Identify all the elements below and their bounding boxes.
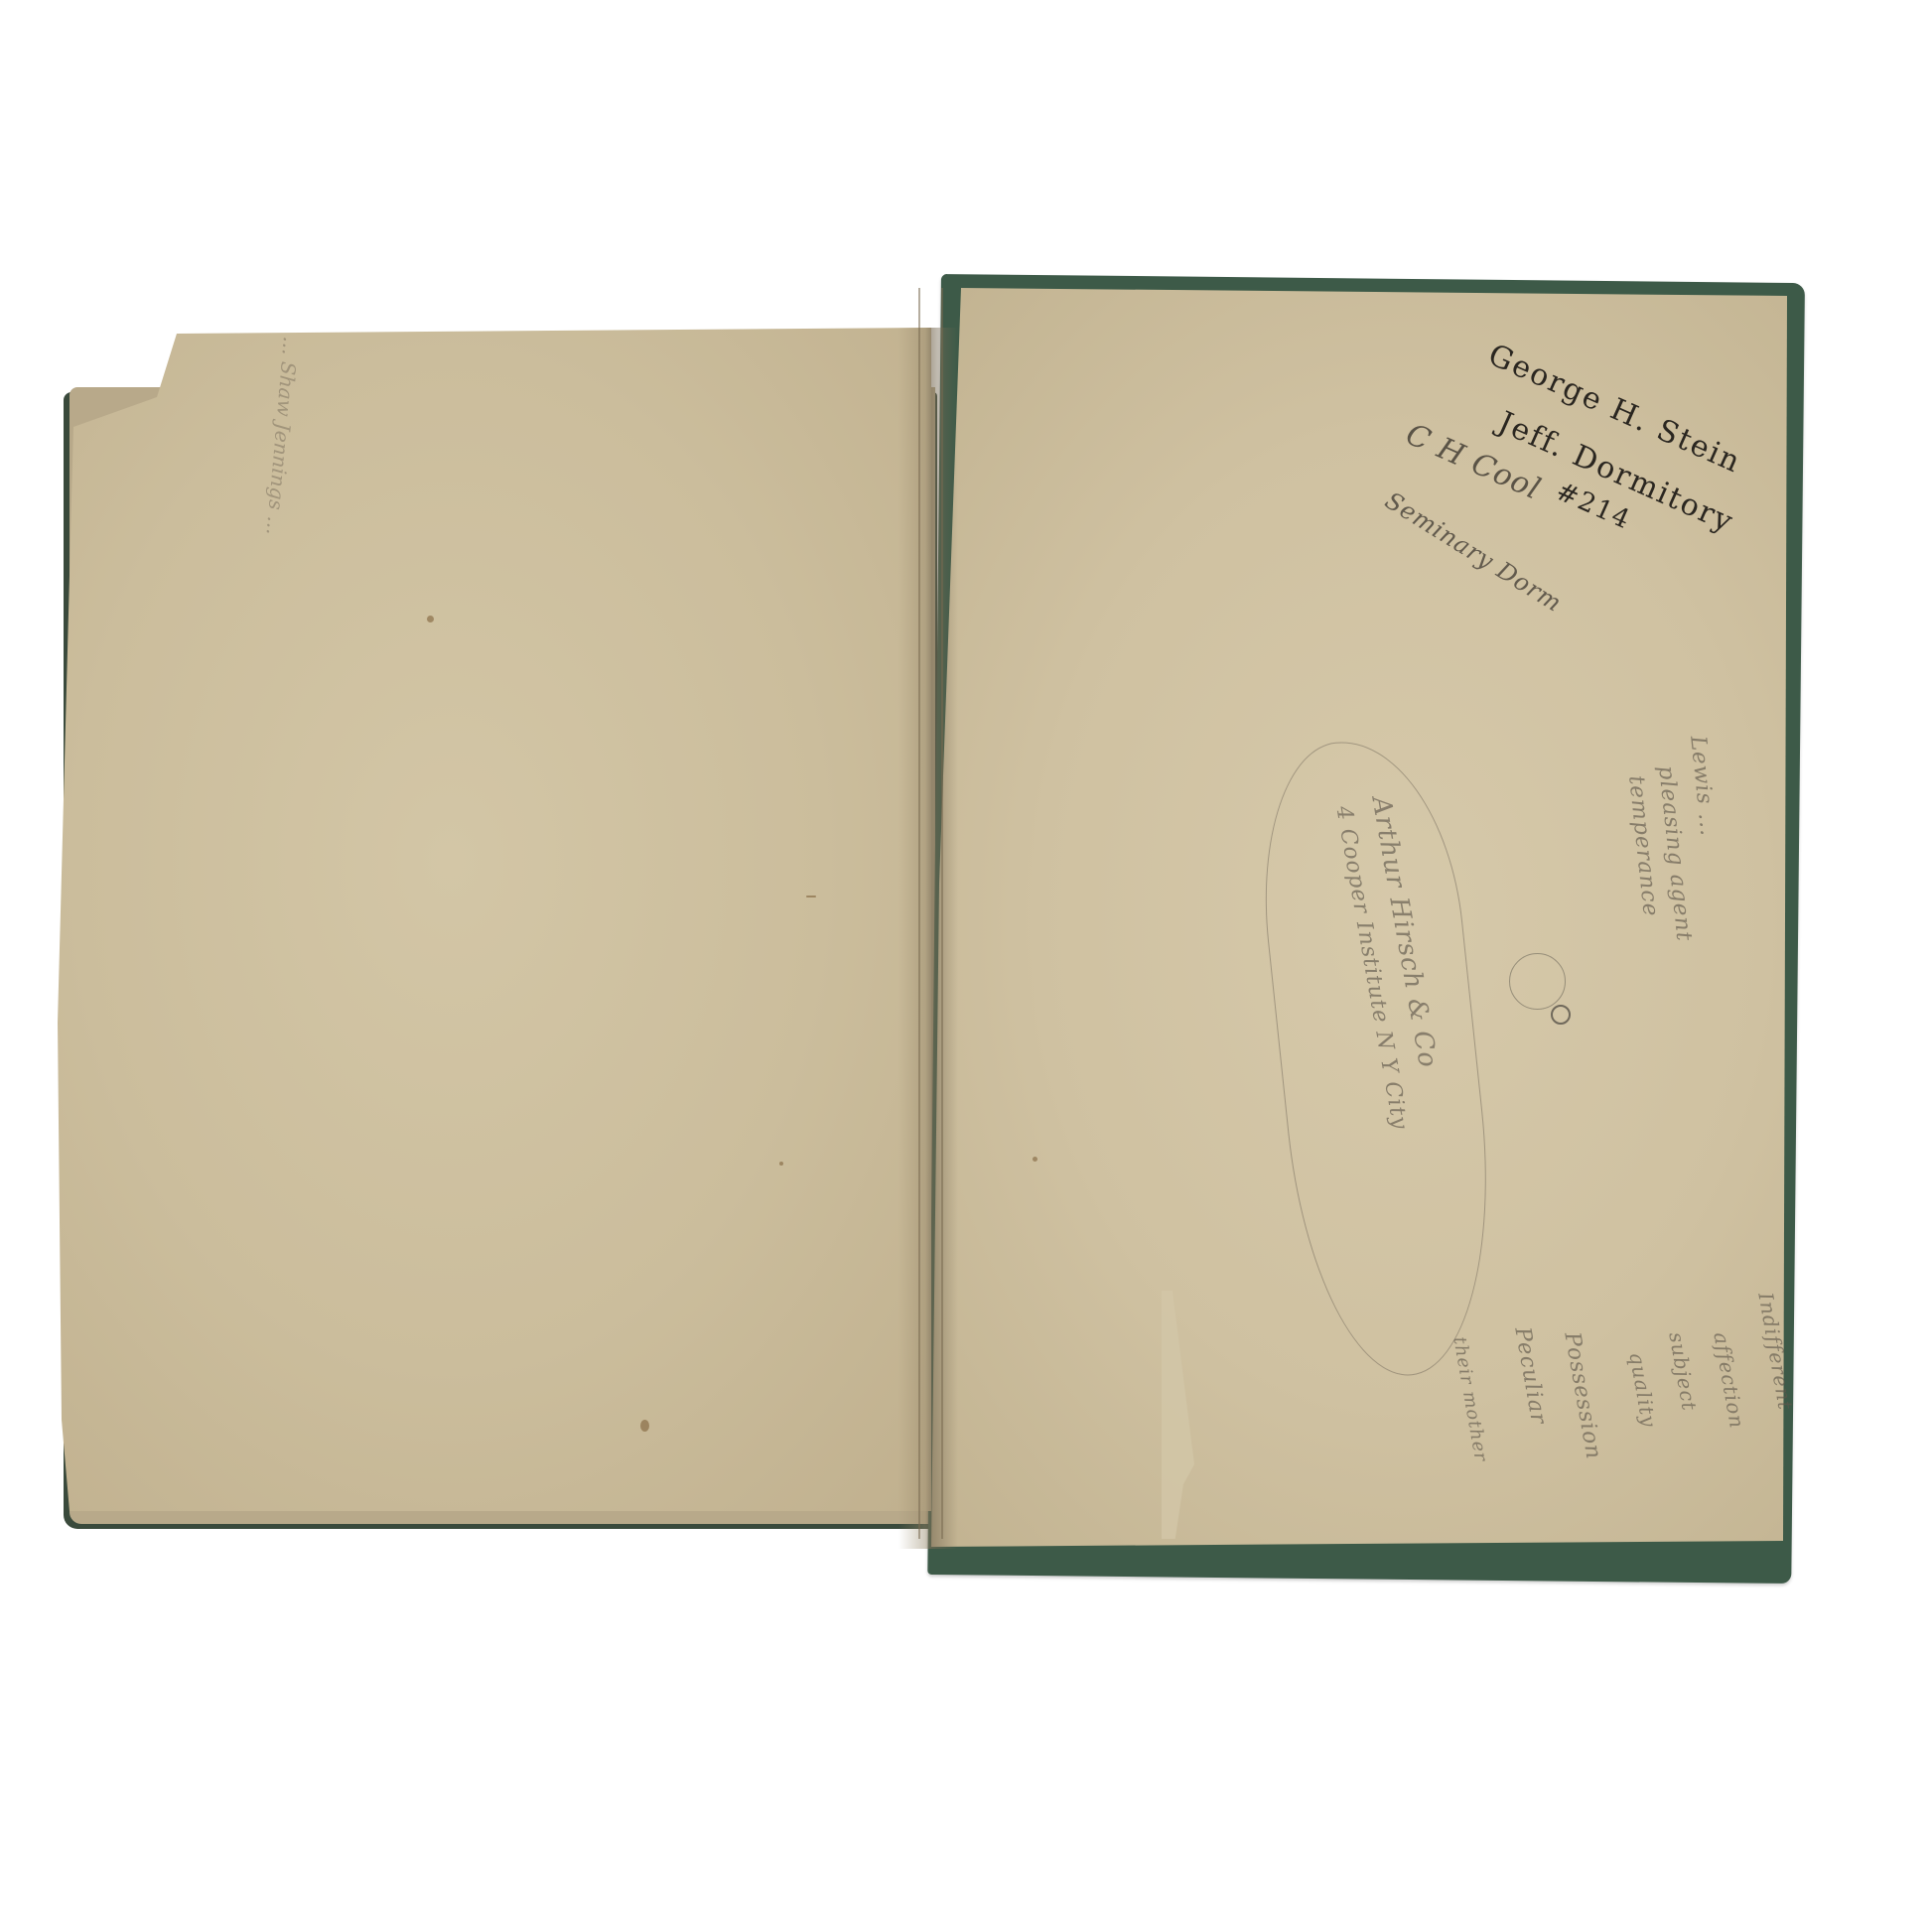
foxing-spot [427, 616, 434, 622]
foxing-spot [806, 896, 816, 897]
left-endpaper [58, 328, 931, 1511]
foxing-spot [779, 1162, 783, 1166]
pencil-doodle-knot [1551, 1005, 1571, 1025]
photo-stage: ... Shaw Jennings ... George H. Stein Je… [0, 0, 1932, 1932]
hinge-crease-right [941, 288, 943, 1539]
book-gutter [898, 328, 958, 1549]
foxing-spot [1033, 1157, 1037, 1162]
hinge-crease-left [918, 288, 920, 1539]
foxing-spot [640, 1420, 649, 1432]
pencil-doodle [1509, 953, 1566, 1010]
